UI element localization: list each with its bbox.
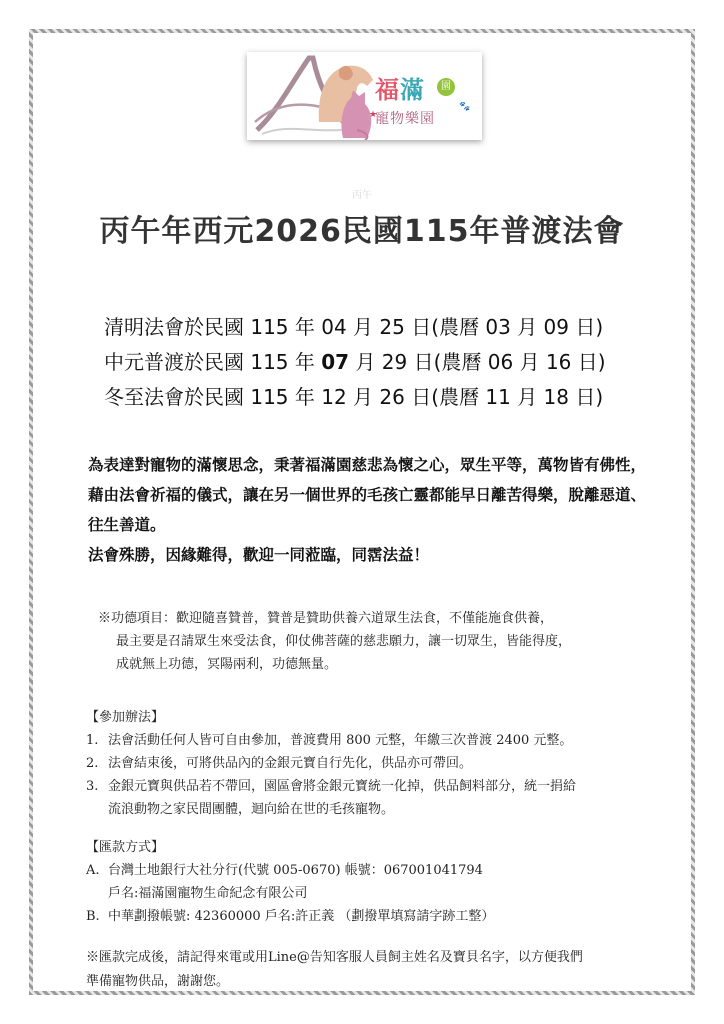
date-qingming: 清明法會於民國 115 年 04 月 25 日(農曆 03 月 09 日) xyxy=(104,310,606,345)
intro-paragraph: 為表達對寵物的滿懷思念，秉著福滿園慈悲為懷之心，眾生平等，萬物皆有佛性，藉由法會… xyxy=(88,450,648,540)
intro-text: 為表達對寵物的滿懷思念，秉著福滿園慈悲為懷之心，眾生平等，萬物皆有佛性，藉由法會… xyxy=(88,450,648,570)
date-zhongyuan: 中元普渡於民國 115 年 07 月 29 日(農曆 06 月 16 日) xyxy=(104,345,606,380)
logo-badge: 園 xyxy=(437,78,455,96)
logo: 福滿 園 寵物樂園 🐾 ★ xyxy=(247,52,482,140)
remittance-note: ※匯款完成後，請記得來電或用Line@告知客服人員飼主姓名及寶貝名字，以方便我們… xyxy=(86,946,646,994)
remittance-section: 【匯款方式】 A. 台灣土地銀行大社分行(代號 005-0670) 帳號：067… xyxy=(86,836,646,928)
ceremony-dates: 清明法會於民國 115 年 04 月 25 日(農曆 03 月 09 日) 中元… xyxy=(104,310,606,415)
merit-section: ※功德項目：歡迎隨喜贊普，贊普是贊助供養六道眾生法食，不僅能施食供養， 最主要是… xyxy=(98,607,638,676)
intro-closing: 法會殊勝，因緣難得，歡迎一同蒞臨，同霑法益！ xyxy=(88,540,648,570)
list-item: 1. 法會活動任何人皆可自由參加，普渡費用 800 元整，年繳三次普渡 2400… xyxy=(86,729,646,752)
date-dongzhi: 冬至法會於民國 115 年 12 月 26 日(農曆 11 月 18 日) xyxy=(104,380,606,415)
logo-subtitle: 寵物樂園 xyxy=(375,108,435,128)
section-heading: 【參加辦法】 xyxy=(86,706,646,729)
logo-name: 福滿 xyxy=(375,70,425,105)
page-title: 丙午年西元2026民國115年普渡法會 xyxy=(0,206,724,250)
list-item: 2. 法會結束後，可將供品內的金銀元寶自行先化，供品亦可帶回。 xyxy=(86,752,646,775)
paw-icon: 🐾 xyxy=(459,102,470,112)
list-item: A. 台灣土地銀行大社分行(代號 005-0670) 帳號：0670010417… xyxy=(86,859,646,882)
participation-section: 【參加辦法】 1. 法會活動任何人皆可自由參加，普渡費用 800 元整，年繳三次… xyxy=(86,706,646,821)
list-item: 3. 金銀元寶與供品若不帶回，園區會將金銀元寶統一化掉，供品飼料部分，統一捐給 xyxy=(86,775,646,798)
section-heading: 【匯款方式】 xyxy=(86,836,646,859)
list-item: B. 中華劃撥帳號: 42360000 戶名:許正義 （劃撥單填寫請字跡工整） xyxy=(86,905,646,928)
watermark: 丙午 xyxy=(0,186,724,201)
star-icon: ★ xyxy=(369,110,377,120)
logo-graphic-icon xyxy=(247,52,482,140)
